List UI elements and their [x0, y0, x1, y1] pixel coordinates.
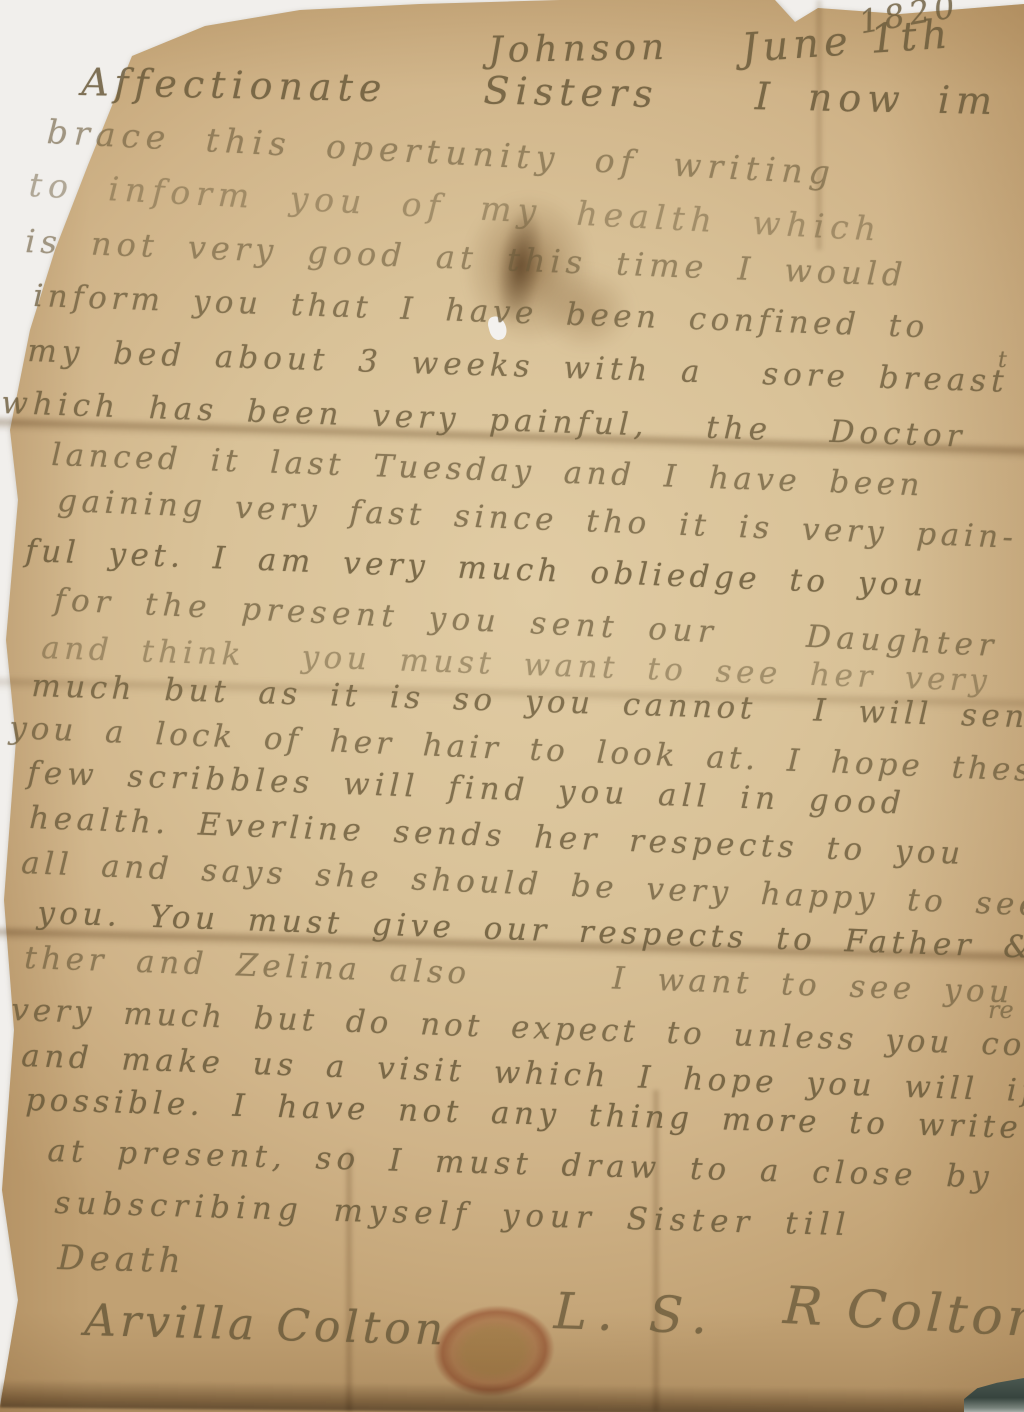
- letter-line: Death: [57, 1238, 186, 1281]
- signature-seal-initials: L. S.: [553, 1282, 718, 1346]
- scanned-letter-page: 1820 Johnson June 1th Affectionate Siste…: [0, 0, 1024, 1412]
- superscript-t: t: [998, 348, 1007, 373]
- dateline-place: Johnson: [488, 27, 670, 71]
- line-end-fragment: re: [988, 996, 1014, 1024]
- signature-arvilla-colton: Arvilla Colton: [84, 1295, 448, 1355]
